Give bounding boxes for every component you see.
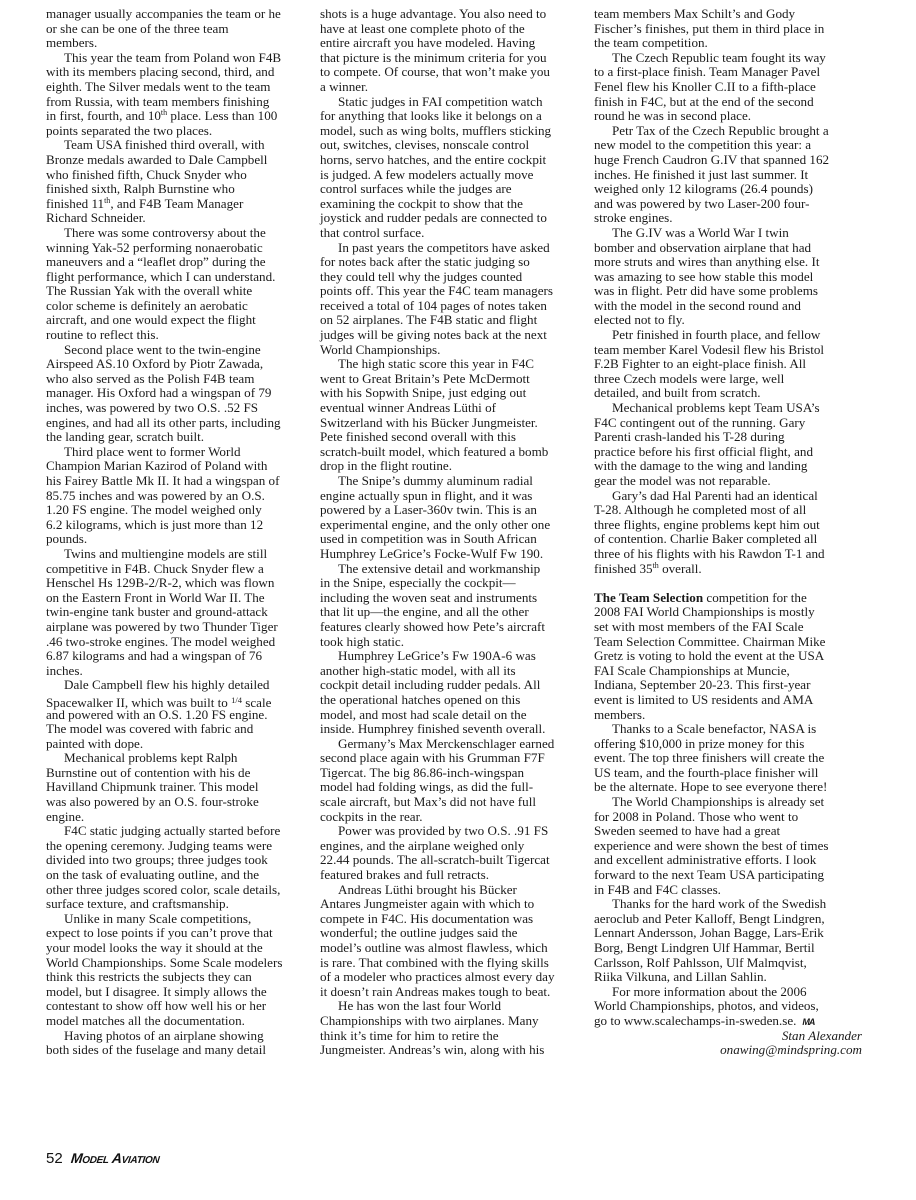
- text-run: they could tell why the judges counted: [320, 269, 522, 284]
- text-run: out, switches, clevises, nonscale contro…: [320, 137, 529, 152]
- text-line: offering $10,000 in prize money for this: [594, 737, 862, 752]
- text-run: The model was covered with fabric and: [46, 721, 253, 736]
- text-run: Twins and multiengine models are still: [64, 546, 267, 561]
- text-run: event is limited to US residents and AMA: [594, 692, 813, 707]
- text-line: model matches all the documentation.: [46, 1014, 308, 1029]
- text-run: overall.: [659, 561, 702, 576]
- text-run: Burnstine out of contention with his de: [46, 765, 250, 780]
- text-line: engine actually spun in flight, and it w…: [320, 489, 586, 504]
- text-run: three of his flights with his Rawdon T-1…: [594, 546, 825, 561]
- text-line: The World Championships is already set: [594, 795, 862, 810]
- text-run: of contention. Charlie Baker completed a…: [594, 531, 817, 546]
- text-line: including the woven seat and instruments: [320, 591, 586, 606]
- text-line: finished sixth, Ralph Burnstine who: [46, 182, 308, 197]
- text-line: be the alternate. Hope to see everyone t…: [594, 780, 862, 795]
- text-line: three Czech models were large, well: [594, 372, 862, 387]
- text-run: The Russian Yak with the overall white: [46, 283, 252, 298]
- text-run: think it’s time for him to retire the: [320, 1028, 499, 1043]
- text-run: features clearly showed how Pete’s aircr…: [320, 619, 545, 634]
- text-run: FAI Scale Championships at Muncie,: [594, 663, 790, 678]
- text-line: and was powered by two Laser-200 four-: [594, 197, 862, 212]
- text-line: finish in F4C, but at the end of the sec…: [594, 95, 862, 110]
- text-line: The Team Selection competition for the: [594, 591, 862, 606]
- text-run: go to www.scalechamps-in-sweden.se.: [594, 1013, 796, 1028]
- text-line: event is limited to US residents and AMA: [594, 693, 862, 708]
- text-line: on 52 airplanes. The F4B static and flig…: [320, 313, 586, 328]
- text-run: model had folding wings, as did the full…: [320, 779, 533, 794]
- text-run: Fischer’s finishes, put them in third pl…: [594, 21, 824, 36]
- text-run: Humphrey LeGrice’s Fw 190A-6 was: [338, 648, 536, 663]
- text-run: inches. He finished it just last summer.…: [594, 167, 808, 182]
- text-line: used in competition was in South African: [320, 532, 586, 547]
- text-run: other three judges scored color, scale d…: [46, 882, 280, 897]
- text-line: it doesn’t rain Andreas makes tough to b…: [320, 985, 586, 1000]
- page-footer: 52 Model Aviation: [46, 1150, 159, 1167]
- text-line: with the damage to the wing and landing: [594, 459, 862, 474]
- author-name: Stan Alexander: [594, 1029, 862, 1044]
- text-line: inches.: [46, 664, 308, 679]
- text-line: the opening ceremony. Judging teams were: [46, 839, 308, 854]
- text-line: World Championships. Some Scale modelers: [46, 956, 308, 971]
- text-line: practice before his first official fligh…: [594, 445, 862, 460]
- text-run: for 2008 in Poland. Those who went to: [594, 809, 798, 824]
- text-line: Germany’s Max Merckenschlager earned: [320, 737, 586, 752]
- text-run: engine.: [46, 809, 84, 824]
- text-line: second place again with his Grumman F7F: [320, 751, 586, 766]
- text-line: wonderful; the outline judges said the: [320, 926, 586, 941]
- text-run: with the model in the second round and: [594, 298, 801, 313]
- text-line: go to www.scalechamps-in-sweden.se.MA: [594, 1014, 862, 1029]
- text-run: place. Less than 100: [167, 108, 277, 123]
- text-line: Pete finished second overall with this: [320, 430, 586, 445]
- text-run: went to Great Britain’s Pete McDermott: [320, 371, 530, 386]
- text-line: Humphrey LeGrice’s Fw 190A-6 was: [320, 649, 586, 664]
- text-line: manager. His Oxford had a wingspan of 79: [46, 386, 308, 401]
- text-line: Power was provided by two O.S. .91 FS: [320, 824, 586, 839]
- text-line: US team, and the fourth-place finisher w…: [594, 766, 862, 781]
- text-run: including the woven seat and instruments: [320, 590, 537, 605]
- text-line: Fischer’s finishes, put them in third pl…: [594, 22, 862, 37]
- text-run: manager. His Oxford had a wingspan of 79: [46, 385, 271, 400]
- text-line: Lennart Andersson, Johan Bagge, Lars-Eri…: [594, 926, 862, 941]
- text-run: model matches all the documentation.: [46, 1013, 245, 1028]
- text-line: points separated the two places.: [46, 124, 308, 139]
- text-line: Having photos of an airplane showing: [46, 1029, 308, 1044]
- fraction: 1/4: [231, 695, 242, 705]
- text-line: eventual winner Andreas Lüthi of: [320, 401, 586, 416]
- text-run: Stan Alexander: [782, 1028, 862, 1043]
- text-run: in first, fourth, and 10: [46, 108, 161, 123]
- text-line: In past years the competitors have asked: [320, 241, 586, 256]
- text-run: model, and most had scale detail on the: [320, 707, 527, 722]
- text-run: on 52 airplanes. The F4B static and flig…: [320, 312, 537, 327]
- text-run: Gary’s dad Hal Parenti had an identical: [612, 488, 818, 503]
- text-line: F4C contingent out of the running. Gary: [594, 416, 862, 431]
- text-run: is judged. A few modelers actually move: [320, 167, 533, 182]
- text-line: Jungmeister. Andreas’s win, along with h…: [320, 1043, 586, 1058]
- page-number: 52: [46, 1150, 63, 1167]
- text-line: to compete. Of course, that won’t make y…: [320, 65, 586, 80]
- text-run: set with most members of the FAI Scale: [594, 619, 804, 634]
- text-run: was also powered by an O.S. four-stroke: [46, 794, 259, 809]
- text-run: in the Snipe, especially the cockpit—: [320, 575, 516, 590]
- text-run: eighth. The Silver medals went to the te…: [46, 79, 270, 94]
- text-line: think this restricts the subjects they c…: [46, 970, 308, 985]
- text-run: Humphrey LeGrice’s Focke-Wulf Fw 190.: [320, 546, 543, 561]
- text-line: went to Great Britain’s Pete McDermott: [320, 372, 586, 387]
- text-line: finished 11th, and F4B Team Manager: [46, 197, 308, 212]
- text-run: inches.: [46, 663, 83, 678]
- text-line: scratch-built model, which featured a bo…: [320, 445, 586, 460]
- text-run: is rare. That combined with the flying s…: [320, 955, 549, 970]
- text-run: members.: [46, 35, 97, 50]
- text-line: Team USA finished third overall, with: [46, 138, 308, 153]
- text-line: gear the model was not reparable.: [594, 474, 862, 489]
- text-line: surface texture, and craftsmanship.: [46, 897, 308, 912]
- text-line: engines, and the airplane weighed only: [320, 839, 586, 854]
- text-line: Switzerland with his Bücker Jungmeister.: [320, 416, 586, 431]
- text-run: Airspeed AS.10 Oxford by Piotr Zawada,: [46, 356, 263, 371]
- text-line: bomber and observation airplane that had: [594, 241, 862, 256]
- section-heading: The Team Selection: [594, 590, 703, 605]
- text-run: with his Sopwith Snipe, just edging out: [320, 385, 526, 400]
- text-run: elected not to fly.: [594, 312, 685, 327]
- text-run: event. The top three finishers will crea…: [594, 750, 824, 765]
- text-line: that picture is the minimum criteria for…: [320, 51, 586, 66]
- text-line: Champion Marian Kazirod of Poland with: [46, 459, 308, 474]
- text-line: model, such as wing bolts, mufflers stic…: [320, 124, 586, 139]
- text-run: World Championships. Some Scale modelers: [46, 955, 282, 970]
- text-run: with the damage to the wing and landing: [594, 458, 807, 473]
- text-run: Tigercat. The big 86.86-inch-wingspan: [320, 765, 524, 780]
- text-run: Indiana, September 20-23. This first-yea…: [594, 677, 810, 692]
- text-run: Power was provided by two O.S. .91 FS: [338, 823, 548, 838]
- text-line: divided into two groups; three judges to…: [46, 853, 308, 868]
- text-line: your model looks the way it should at th…: [46, 941, 308, 956]
- text-line: that control surface.: [320, 226, 586, 241]
- author-email: onawing@mindspring.com: [594, 1043, 862, 1058]
- text-line: Richard Schneider.: [46, 211, 308, 226]
- text-line: the team competition.: [594, 36, 862, 51]
- text-line: powered by a Laser-360v twin. This is an: [320, 503, 586, 518]
- article-column-3: team members Max Schilt’s and GodyFische…: [594, 7, 862, 1058]
- text-line: new model to the competition this year: …: [594, 138, 862, 153]
- text-line: inches. He finished it just last summer.…: [594, 168, 862, 183]
- text-line: was in flight. Petr did have some proble…: [594, 284, 862, 299]
- text-run: cockpits in the rear.: [320, 809, 423, 824]
- text-run: for notes back after the static judging …: [320, 254, 530, 269]
- text-line: competitive in F4B. Chuck Snyder flew a: [46, 562, 308, 577]
- text-run: joystick and rudder pedals are connected…: [320, 210, 547, 225]
- text-run: Carlsson, Rolf Pahlsson, Ulf Malmqvist,: [594, 955, 807, 970]
- text-line: on the task of evaluating outline, and t…: [46, 868, 308, 883]
- text-line: finished 35th overall.: [594, 562, 862, 577]
- text-run: Mechanical problems kept Ralph: [64, 750, 237, 765]
- text-line: He has won the last four World: [320, 999, 586, 1014]
- text-run: onawing@mindspring.com: [720, 1042, 862, 1057]
- text-line: who also served as the Polish F4B team: [46, 372, 308, 387]
- text-run: winning Yak-52 performing nonaerobatic: [46, 240, 263, 255]
- magazine-name: Model Aviation: [70, 1150, 160, 1166]
- text-line: of contention. Charlie Baker completed a…: [594, 532, 862, 547]
- text-line: huge French Caudron G.IV that spanned 16…: [594, 153, 862, 168]
- text-run: Lennart Andersson, Johan Bagge, Lars-Eri…: [594, 925, 824, 940]
- text-line: Parenti crash-landed his T-28 during: [594, 430, 862, 445]
- text-run: stroke engines.: [594, 210, 673, 225]
- text-line: Mechanical problems kept Team USA’s: [594, 401, 862, 416]
- text-line: This year the team from Poland won F4B: [46, 51, 308, 66]
- text-run: judges will be giving notes back at the …: [320, 327, 547, 342]
- text-run: compete in F4C. His documentation was: [320, 911, 533, 926]
- text-line: Fenel flew his Knoller C.II to a fifth-p…: [594, 80, 862, 95]
- text-line: out, switches, clevises, nonscale contro…: [320, 138, 586, 153]
- text-run: Unlike in many Scale competitions,: [64, 911, 251, 926]
- text-run: aircraft, and one would expect the fligh…: [46, 312, 256, 327]
- text-run: cockpit detail including rudder pedals. …: [320, 677, 540, 692]
- text-line: experience and were shown the best of ti…: [594, 839, 862, 854]
- text-line: eighth. The Silver medals went to the te…: [46, 80, 308, 95]
- text-run: The World Championships is already set: [612, 794, 824, 809]
- text-run: points off. This year the F4C team manag…: [320, 283, 553, 298]
- text-run: T-28. Although he completed most of all: [594, 502, 806, 517]
- text-line: expect to lose points if you can’t prove…: [46, 926, 308, 941]
- text-line: model, but I disagree. It simply allows …: [46, 985, 308, 1000]
- text-run: examining the cockpit to show that the: [320, 196, 523, 211]
- text-run: took high static.: [320, 634, 404, 649]
- text-run: or she can be one of the three team: [46, 21, 229, 36]
- text-line: members.: [594, 708, 862, 723]
- text-line: with its members placing second, third, …: [46, 65, 308, 80]
- text-line: World Championships.: [320, 343, 586, 358]
- text-line: other three judges scored color, scale d…: [46, 883, 308, 898]
- text-line: 6.2 kilograms, which is just more than 1…: [46, 518, 308, 533]
- text-run: color scheme is definitely an aerobatic: [46, 298, 248, 313]
- text-line: The Snipe’s dummy aluminum radial: [320, 474, 586, 489]
- text-line: maneuvers and a “leaflet drop” during th…: [46, 255, 308, 270]
- text-line: Static judges in FAI competition watch: [320, 95, 586, 110]
- text-run: his Fairey Battle Mk II. It had a wingsp…: [46, 473, 279, 488]
- text-line: judges will be giving notes back at the …: [320, 328, 586, 343]
- text-run: detailed, and built from scratch.: [594, 385, 761, 400]
- text-run: divided into two groups; three judges to…: [46, 852, 268, 867]
- text-run: 2008 FAI World Championships is mostly: [594, 604, 815, 619]
- text-run: contestant to show off how well his or h…: [46, 998, 266, 1013]
- text-run: F4C contingent out of the running. Gary: [594, 415, 805, 430]
- text-line: The Czech Republic team fought its way: [594, 51, 862, 66]
- text-line: for anything that looks like it belongs …: [320, 109, 586, 124]
- text-run: to a first-place finish. Team Manager Pa…: [594, 64, 820, 79]
- text-run: from Russia, with team members finishing: [46, 94, 269, 109]
- text-run: 85.75 inches and was powered by an O.S.: [46, 488, 265, 503]
- text-run: second place again with his Grumman F7F: [320, 750, 545, 765]
- text-line: members.: [46, 36, 308, 51]
- text-line: twin-engine tank buster and ground-attac…: [46, 605, 308, 620]
- text-run: huge French Caudron G.IV that spanned 16…: [594, 152, 829, 167]
- text-line: 85.75 inches and was powered by an O.S.: [46, 489, 308, 504]
- text-line: Burnstine out of contention with his de: [46, 766, 308, 781]
- text-run: Petr Tax of the Czech Republic brought a: [612, 123, 829, 138]
- text-run: twin-engine tank buster and ground-attac…: [46, 604, 268, 619]
- text-run: practice before his first official fligh…: [594, 444, 813, 459]
- text-run: Mechanical problems kept Team USA’s: [612, 400, 820, 415]
- text-line: with his Sopwith Snipe, just edging out: [320, 386, 586, 401]
- text-run: Static judges in FAI competition watch: [338, 94, 543, 109]
- text-line: pounds.: [46, 532, 308, 547]
- text-line: aircraft, and one would expect the fligh…: [46, 313, 308, 328]
- text-line: Team Selection Committee. Chairman Mike: [594, 635, 862, 650]
- text-run: model’s outline was almost flawless, whi…: [320, 940, 548, 955]
- text-line: For more information about the 2006: [594, 985, 862, 1000]
- text-run: , and F4B Team Manager: [110, 196, 243, 211]
- text-run: World Championships.: [320, 342, 440, 357]
- text-run: In past years the competitors have asked: [338, 240, 550, 255]
- text-line: team members Max Schilt’s and Gody: [594, 7, 862, 22]
- text-run: finish in F4C, but at the end of the sec…: [594, 94, 814, 109]
- text-line: scale aircraft, but Max’s did not have f…: [320, 795, 586, 810]
- text-line: painted with dope.: [46, 737, 308, 752]
- text-line: Havilland Chipmunk trainer. This model: [46, 780, 308, 795]
- text-run: a winner.: [320, 79, 368, 94]
- text-run: Antares Jungmeister again with which to: [320, 896, 534, 911]
- text-line: Thanks to a Scale benefactor, NASA is: [594, 722, 862, 737]
- text-line: Humphrey LeGrice’s Focke-Wulf Fw 190.: [320, 547, 586, 562]
- text-run: 22.44 pounds. The all-scratch-built Tige…: [320, 852, 550, 867]
- text-run: control surfaces while the judges are: [320, 181, 512, 196]
- text-run: experience and were shown the best of ti…: [594, 838, 829, 853]
- text-run: gear the model was not reparable.: [594, 473, 771, 488]
- text-run: and was powered by two Laser-200 four-: [594, 196, 809, 211]
- text-line: shots is a huge advantage. You also need…: [320, 7, 586, 22]
- text-run: Petr finished in fourth place, and fello…: [612, 327, 820, 342]
- text-run: the landing gear, scratch built.: [46, 429, 204, 444]
- text-line: entire aircraft you have modeled. Having: [320, 36, 586, 51]
- text-run: engine actually spun in flight, and it w…: [320, 488, 532, 503]
- text-run: The Czech Republic team fought its way: [612, 50, 826, 65]
- text-run: the opening ceremony. Judging teams were: [46, 838, 272, 853]
- text-run: The extensive detail and workmanship: [338, 561, 540, 576]
- text-line: of a modeler who practices almost every …: [320, 970, 586, 985]
- text-run: engines, and the airplane weighed only: [320, 838, 524, 853]
- text-run: three flights, engine problems kept him …: [594, 517, 820, 532]
- text-run: Team USA finished third overall, with: [64, 137, 265, 152]
- end-mark-icon: MA: [802, 1017, 814, 1027]
- text-run: There was some controversy about the: [64, 225, 266, 240]
- text-line: is judged. A few modelers actually move: [320, 168, 586, 183]
- text-line: the operational hatches opened on this: [320, 693, 586, 708]
- text-run: Thanks to a Scale benefactor, NASA is: [612, 721, 816, 736]
- text-line: There was some controversy about the: [46, 226, 308, 241]
- text-line: have at least one complete photo of the: [320, 22, 586, 37]
- text-run: model, but I disagree. It simply allows …: [46, 984, 267, 999]
- text-line: The G.IV was a World War I twin: [594, 226, 862, 241]
- text-run: Riika Vilkuna, and Lillan Sahlin.: [594, 969, 767, 984]
- text-line: Airspeed AS.10 Oxford by Piotr Zawada,: [46, 357, 308, 372]
- text-run: another high-static model, with all its: [320, 663, 516, 678]
- text-run: offering $10,000 in prize money for this: [594, 736, 804, 751]
- text-run: for anything that looks like it belongs …: [320, 108, 542, 123]
- text-line: to a first-place finish. Team Manager Pa…: [594, 65, 862, 80]
- text-line: flight performance, which I can understa…: [46, 270, 308, 285]
- text-line: Gary’s dad Hal Parenti had an identical: [594, 489, 862, 504]
- text-line: Carlsson, Rolf Pahlsson, Ulf Malmqvist,: [594, 956, 862, 971]
- text-line: on the Eastern Front in World War II. Th…: [46, 591, 308, 606]
- text-run: both sides of the fuselage and many deta…: [46, 1042, 266, 1057]
- text-line: F4C static judging actually started befo…: [46, 824, 308, 839]
- text-line: in F4B and F4C classes.: [594, 883, 862, 898]
- text-run: flight performance, which I can understa…: [46, 269, 275, 284]
- text-run: routine to reflect this.: [46, 327, 159, 342]
- text-run: The high static score this year in F4C: [338, 356, 534, 371]
- text-run: members.: [594, 707, 645, 722]
- text-line: for 2008 in Poland. Those who went to: [594, 810, 862, 825]
- text-run: bomber and observation airplane that had: [594, 240, 811, 255]
- text-line: Sweden seemed to have had a great: [594, 824, 862, 839]
- text-run: Bronze medals awarded to Dale Campbell: [46, 152, 267, 167]
- text-line: round he was in second place.: [594, 109, 862, 124]
- text-run: round he was in second place.: [594, 108, 751, 123]
- text-run: forward to the next Team USA participati…: [594, 867, 824, 882]
- text-line: for notes back after the static judging …: [320, 255, 586, 270]
- text-line: think it’s time for him to retire the: [320, 1029, 586, 1044]
- text-run: .46 two-stroke engines. The model weighe…: [46, 634, 275, 649]
- text-line: F.2B Fighter to an eight-place finish. A…: [594, 357, 862, 372]
- text-line: more struts and wires than anything else…: [594, 255, 862, 270]
- text-run: Having photos of an airplane showing: [64, 1028, 264, 1043]
- text-run: model, such as wing bolts, mufflers stic…: [320, 123, 551, 138]
- text-run: that lit up—the engine, and all the othe…: [320, 604, 529, 619]
- text-run: in F4B and F4C classes.: [594, 882, 721, 897]
- text-run: F.2B Fighter to an eight-place finish. A…: [594, 356, 806, 371]
- text-line: model, and most had scale detail on the: [320, 708, 586, 723]
- text-run: Sweden seemed to have had a great: [594, 823, 780, 838]
- text-run: 6.2 kilograms, which is just more than 1…: [46, 517, 263, 532]
- text-run: received a total of 104 pages of notes t…: [320, 298, 547, 313]
- text-run: shots is a huge advantage. You also need…: [320, 6, 546, 21]
- text-line: forward to the next Team USA participati…: [594, 868, 862, 883]
- text-line: World Championships, photos, and videos,: [594, 999, 862, 1014]
- text-line: compete in F4C. His documentation was: [320, 912, 586, 927]
- text-line: experimental engine, and the only other …: [320, 518, 586, 533]
- text-line: .46 two-stroke engines. The model weighe…: [46, 635, 308, 650]
- text-run: Championships with two airplanes. Many: [320, 1013, 539, 1028]
- text-line: The Russian Yak with the overall white: [46, 284, 308, 299]
- text-run: 1.20 FS engine. The model weighed only: [46, 502, 262, 517]
- text-run: competition for the: [703, 590, 807, 605]
- text-line: The high static score this year in F4C: [320, 357, 586, 372]
- text-line: cockpit detail including rudder pedals. …: [320, 678, 586, 693]
- text-line: model had folding wings, as did the full…: [320, 780, 586, 795]
- text-line: featured brakes and full retracts.: [320, 868, 586, 883]
- text-run: 6.87 kilograms and had a wingspan of 76: [46, 648, 262, 663]
- text-line: Third place went to former World: [46, 445, 308, 460]
- text-line: horns, servo hatches, and the entire coc…: [320, 153, 586, 168]
- text-line: inside. Humphrey finished seventh overal…: [320, 722, 586, 737]
- text-run: on the task of evaluating outline, and t…: [46, 867, 259, 882]
- text-line: features clearly showed how Pete’s aircr…: [320, 620, 586, 635]
- text-run: that picture is the minimum criteria for…: [320, 50, 547, 65]
- text-run: inches, was powered by two O.S. .52 FS: [46, 400, 258, 415]
- text-run: team member Karel Vodesil flew his Brist…: [594, 342, 824, 357]
- text-line: that lit up—the engine, and all the othe…: [320, 605, 586, 620]
- text-run: The G.IV was a World War I twin: [612, 225, 789, 240]
- article-column-1: manager usually accompanies the team or …: [46, 7, 308, 1058]
- text-line: Dale Campbell flew his highly detailed: [46, 678, 308, 693]
- text-run: competitive in F4B. Chuck Snyder flew a: [46, 561, 264, 576]
- text-run: of a modeler who practices almost every …: [320, 969, 555, 984]
- text-line: Thanks for the hard work of the Swedish: [594, 897, 862, 912]
- section-spacer: [594, 576, 862, 591]
- text-run: Third place went to former World: [64, 444, 241, 459]
